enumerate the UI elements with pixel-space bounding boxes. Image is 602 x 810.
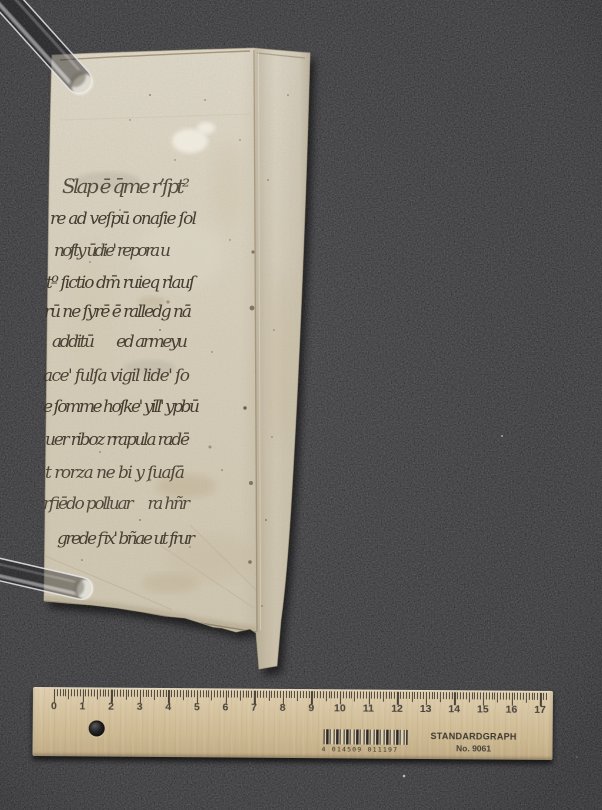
ruler-number: 15 xyxy=(471,703,495,715)
ruler-tick xyxy=(251,691,252,698)
ruler-tick xyxy=(520,693,521,700)
ruler-tick xyxy=(214,690,215,697)
photo-stage: Slap ē q̄me rʼſpt² re ad veſpū onaſie ſo… xyxy=(0,0,602,810)
ruler-tick xyxy=(303,691,304,698)
manuscript-line: additū ed armeyu xyxy=(52,332,188,352)
ruler-tick xyxy=(460,692,461,699)
ruler-number: 16 xyxy=(499,704,523,716)
ruler-number: 9 xyxy=(299,702,323,714)
manuscript-line: re ad veſpū onaſie ſol xyxy=(50,209,197,229)
ruler-tick xyxy=(131,690,132,697)
ruler-tick xyxy=(308,691,309,698)
ruler-brand: STANDARDGRAPH xyxy=(429,731,519,742)
ruler-tick xyxy=(211,690,212,700)
ruler-number: 13 xyxy=(414,703,438,715)
ruler-tick xyxy=(103,690,104,697)
ruler-tick xyxy=(248,691,249,698)
ruler-number: 7 xyxy=(242,702,266,714)
ruler-tick xyxy=(357,691,358,698)
ruler-tick xyxy=(97,689,98,699)
ruler-tick xyxy=(266,691,267,698)
ruler-tick xyxy=(108,690,109,697)
manuscript-line: rfiēdo polluar ra hñr xyxy=(43,494,191,514)
ruler-number: 14 xyxy=(442,703,466,715)
ruler-tick xyxy=(420,692,421,699)
ruler-tick xyxy=(343,691,344,698)
ruler-tick xyxy=(431,692,432,699)
ruler-tick xyxy=(163,690,164,697)
barcode-digits: 4 014509 011197 xyxy=(322,745,410,754)
ruler-tick xyxy=(403,692,404,699)
ruler-number: 10 xyxy=(328,702,352,714)
ruler-tick xyxy=(188,690,189,697)
ruler-tick xyxy=(80,689,81,696)
ruler-tick xyxy=(148,690,149,697)
ruler-tick xyxy=(469,692,470,702)
ruler-tick xyxy=(291,691,292,698)
ruler-tick xyxy=(277,691,278,698)
ruler-tick xyxy=(203,690,204,697)
ruler-tick xyxy=(526,693,527,703)
ruler-tick xyxy=(423,692,424,699)
ruler-tick xyxy=(206,690,207,697)
ruler-tick xyxy=(300,691,301,698)
ruler-tick xyxy=(491,693,492,700)
ruler-tick xyxy=(128,690,129,697)
ruler-tick xyxy=(380,692,381,699)
ruler-tick xyxy=(280,691,281,698)
ruler-tick xyxy=(351,691,352,698)
manuscript-line: Slap ē q̄me rʼſpt² xyxy=(62,174,190,198)
ruler-tick xyxy=(125,690,126,700)
ruler-number: 3 xyxy=(128,701,152,713)
ruler-tick xyxy=(514,693,515,700)
ruler-number: 5 xyxy=(185,701,209,713)
ruler-tick xyxy=(306,691,307,698)
ruler-tick xyxy=(383,692,384,702)
ruler-tick xyxy=(434,692,435,699)
ruler-tick xyxy=(443,692,444,699)
ruler-number: 12 xyxy=(385,703,409,715)
ruler-tick xyxy=(231,691,232,698)
ruler-tick xyxy=(217,690,218,697)
manuscript-line: noſty ūdie' repora u xyxy=(54,241,171,261)
ruler-tick xyxy=(65,689,66,696)
manuscript-line: ace' fulſa vigil lide' ſo xyxy=(43,366,190,386)
ruler-tick xyxy=(374,692,375,699)
ruler-tick xyxy=(326,691,327,701)
ruler-tick xyxy=(446,692,447,699)
ruler-tick xyxy=(366,692,367,699)
ruler-tick xyxy=(260,691,261,698)
ruler-tick xyxy=(377,692,378,699)
ruler-tick xyxy=(477,692,478,699)
ruler-tick xyxy=(145,690,146,697)
ruler-tick xyxy=(486,692,487,699)
ruler-tick xyxy=(294,691,295,698)
ruler-tick xyxy=(449,692,450,699)
ruler-tick xyxy=(160,690,161,697)
ruler-tick xyxy=(165,690,166,697)
ruler-tick xyxy=(157,690,158,697)
ruler-tick xyxy=(543,693,544,700)
manuscript-line: t rorza ne bi y ſuaſā xyxy=(45,463,185,483)
manuscript-line: tº ſictio dm̄ ruieq rlauſ xyxy=(46,273,198,293)
ruler-number: 0 xyxy=(42,700,66,712)
ruler-tick xyxy=(134,690,135,697)
ruler-tick xyxy=(94,689,95,696)
ruler-tick xyxy=(274,691,275,698)
ruler-tick xyxy=(174,690,175,697)
ruler-tick xyxy=(228,691,229,698)
ruler-tick xyxy=(457,692,458,699)
ruler-tick xyxy=(500,693,501,700)
ruler-tick xyxy=(532,693,533,700)
ruler-number: 6 xyxy=(213,701,237,713)
ruler-hole xyxy=(89,720,105,736)
ruler-tick xyxy=(257,691,258,698)
ruler-tick xyxy=(386,692,387,699)
ruler-tick xyxy=(523,693,524,700)
ruler-tick xyxy=(394,692,395,699)
ruler-tick xyxy=(389,692,390,699)
ruler-tick xyxy=(440,692,441,702)
ruler-tick xyxy=(154,690,155,700)
ruler-tick xyxy=(451,692,452,699)
ruler-tick xyxy=(120,690,121,697)
ruler-tick xyxy=(243,691,244,698)
ruler-number: 2 xyxy=(99,701,123,713)
ruler-model: No. 9061 xyxy=(429,743,519,754)
manuscript-line: grede fix' bñae ut frur xyxy=(57,529,196,549)
ruler-tick xyxy=(463,692,464,699)
ruler-tick xyxy=(194,690,195,697)
ruler-tick xyxy=(411,692,412,702)
ruler-tick xyxy=(417,692,418,699)
ruler-tick xyxy=(74,689,75,696)
ruler-number: 1 xyxy=(70,700,94,712)
manuscript-line: uer riboz rrapula radē xyxy=(45,430,190,450)
ruler-tick xyxy=(117,690,118,697)
ruler-number: 17 xyxy=(528,704,552,716)
ruler-tick xyxy=(263,691,264,698)
ruler-tick xyxy=(200,690,201,697)
ruler-tick xyxy=(503,693,504,700)
ruler-tick xyxy=(334,691,335,698)
ruler-tick xyxy=(494,693,495,700)
ruler-tick xyxy=(348,691,349,698)
ruler-tick xyxy=(114,690,115,697)
ruler-tick xyxy=(314,691,315,698)
ruler-tick xyxy=(183,690,184,700)
ruler-tick xyxy=(509,693,510,700)
ruler-tick xyxy=(297,691,298,701)
ruler-brand-block: STANDARDGRAPH No. 9061 xyxy=(429,731,519,754)
ruler-tick xyxy=(77,689,78,696)
ruler-tick xyxy=(400,692,401,699)
ruler-tick xyxy=(234,691,235,698)
ruler-tick xyxy=(534,693,535,700)
ruler-tick xyxy=(85,689,86,696)
ruler-tick xyxy=(506,693,507,700)
ruler-tick xyxy=(529,693,530,700)
ruler-tick xyxy=(346,691,347,698)
ruler-tick xyxy=(360,692,361,699)
manuscript-line: rū ne ſyrē ē ralledg nā xyxy=(44,302,192,322)
ruler-tick xyxy=(480,692,481,699)
ruler-tick xyxy=(409,692,410,699)
ruler-tick xyxy=(143,690,144,697)
ruler-tick xyxy=(429,692,430,699)
ruler-tick xyxy=(105,690,106,697)
ruler-tick xyxy=(91,689,92,696)
ruler-tick xyxy=(363,692,364,699)
ruler-tick xyxy=(489,692,490,699)
ruler-tick xyxy=(337,691,338,698)
ruler-tick xyxy=(320,691,321,698)
ruler-tick xyxy=(406,692,407,699)
ruler-tick xyxy=(151,690,152,697)
ruler-tick xyxy=(371,692,372,699)
ruler-number: 4 xyxy=(156,701,180,713)
ruler-tick xyxy=(414,692,415,699)
ruler-tick xyxy=(246,691,247,698)
ruler-tick xyxy=(60,689,61,696)
ruler-tick xyxy=(474,692,475,699)
ruler-tick xyxy=(546,693,547,700)
ruler-tick xyxy=(354,691,355,701)
ruler-tick xyxy=(331,691,332,698)
ruler-tick xyxy=(123,690,124,697)
ruler-tick xyxy=(466,692,467,699)
ruler-tick xyxy=(185,690,186,697)
ruler-number: 8 xyxy=(271,702,295,714)
ruler-tick xyxy=(63,689,64,696)
ruler-tick xyxy=(286,691,287,698)
ruler-tick xyxy=(497,693,498,703)
barcode-bars-icon xyxy=(324,729,408,745)
ruler-tick xyxy=(137,690,138,697)
ruler-tick xyxy=(471,692,472,699)
ruler-tick xyxy=(237,691,238,698)
manuscript-line: e ſomme hoſke' yill' ypbū xyxy=(43,397,200,417)
ruler-tick xyxy=(271,691,272,698)
ruler-tick xyxy=(100,690,101,697)
ruler-tick xyxy=(391,692,392,699)
ruler-tick xyxy=(268,691,269,701)
ruler-tick xyxy=(437,692,438,699)
ruler-tick xyxy=(68,689,69,699)
ruler: 01234567891011121314151617 4 014509 0111… xyxy=(32,687,553,760)
ruler-tick xyxy=(240,691,241,701)
ruler-tick xyxy=(177,690,178,697)
ruler-barcode: 4 014509 011197 xyxy=(321,728,409,755)
ruler-tick xyxy=(323,691,324,698)
ruler-tick xyxy=(57,689,58,696)
ruler-tick xyxy=(288,691,289,698)
ruler-tick xyxy=(88,689,89,696)
ruler-tick xyxy=(223,690,224,697)
ruler-tick xyxy=(71,689,72,696)
ruler-tick xyxy=(317,691,318,698)
ruler-number: 11 xyxy=(356,702,380,714)
ruler-tick xyxy=(328,691,329,698)
ruler-tick xyxy=(220,690,221,697)
ruler-tick xyxy=(537,693,538,700)
ruler-tick xyxy=(517,693,518,700)
ruler-tick xyxy=(180,690,181,697)
ruler-tick xyxy=(191,690,192,697)
ruler-tick xyxy=(208,690,209,697)
ruler-tick xyxy=(171,690,172,697)
